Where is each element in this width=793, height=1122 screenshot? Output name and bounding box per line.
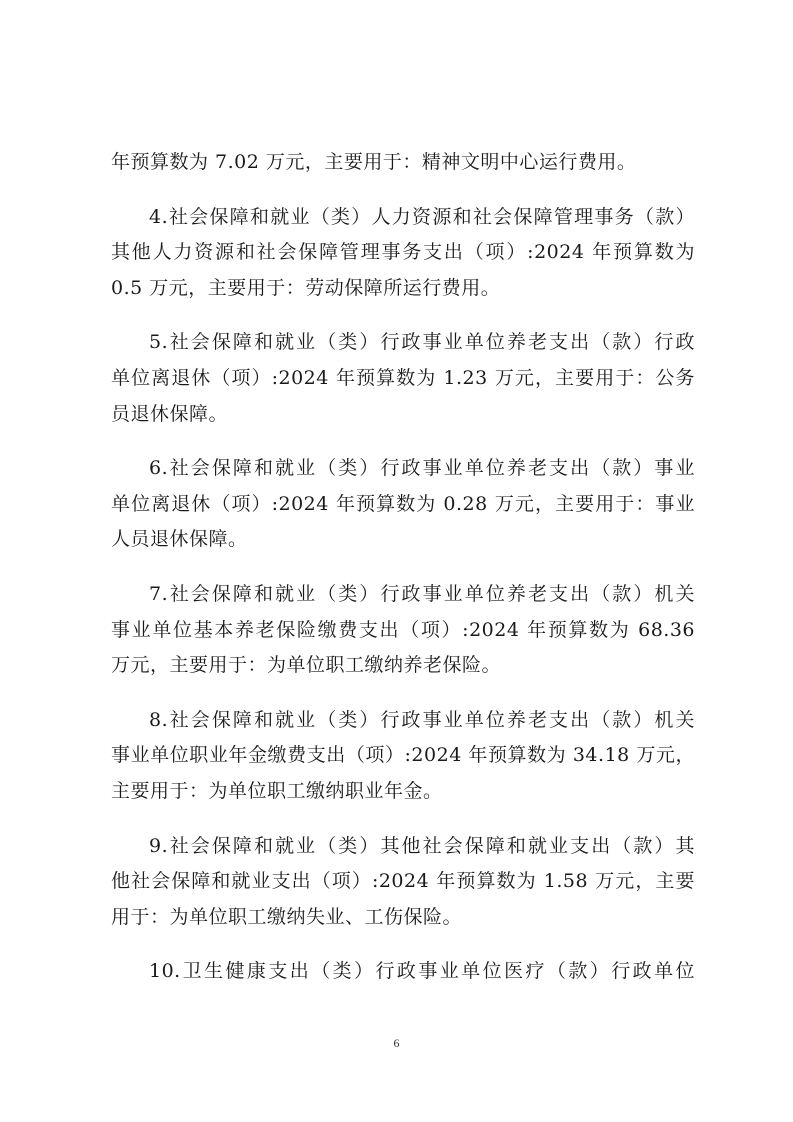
document-page: 年预算数为 7.02 万元，主要用于：精神文明中心运行费用。 4.社会保障和就业…: [0, 0, 793, 1122]
text-line: 9.社会保障和就业（类）其他社会保障和就业支出（款）其: [111, 829, 695, 865]
text-line: 他社会保障和就业支出（项）:2024 年预算数为 1.58 万元，主要: [111, 864, 695, 900]
body-text: 年预算数为 7.02 万元，主要用于：精神文明中心运行费用。 4.社会保障和就业…: [111, 145, 695, 1009]
page-number: 6: [0, 1036, 793, 1051]
text-line: 主要用于：为单位职工缴纳职业年金。: [111, 774, 695, 810]
text-line: 单位离退休（项）:2024 年预算数为 0.28 万元，主要用于：事业: [111, 487, 695, 523]
text-line: 事业单位基本养老保险缴费支出（项）:2024 年预算数为 68.36: [111, 613, 695, 649]
text-line: 10.卫生健康支出（类）行政事业单位医疗（款）行政单位: [111, 954, 695, 990]
text-line: 年预算数为 7.02 万元，主要用于：精神文明中心运行费用。: [111, 145, 695, 181]
text-line: 人员退休保障。: [111, 522, 695, 558]
text-line: 6.社会保障和就业（类）行政事业单位养老支出（款）事业: [111, 451, 695, 487]
paragraph-6: 6.社会保障和就业（类）行政事业单位养老支出（款）事业 单位离退休（项）:202…: [111, 451, 695, 558]
text-line: 事业单位职业年金缴费支出（项）:2024 年预算数为 34.18 万元，: [111, 738, 695, 774]
text-line: 0.5 万元，主要用于：劳动保障所运行费用。: [111, 271, 695, 307]
paragraph-5: 5.社会保障和就业（类）行政事业单位养老支出（款）行政 单位离退休（项）:202…: [111, 325, 695, 432]
text-line: 8.社会保障和就业（类）行政事业单位养老支出（款）机关: [111, 703, 695, 739]
paragraph-9: 9.社会保障和就业（类）其他社会保障和就业支出（款）其 他社会保障和就业支出（项…: [111, 829, 695, 936]
text-line: 其他人力资源和社会保障管理事务支出（项）:2024 年预算数为: [111, 235, 695, 271]
text-line: 员退休保障。: [111, 397, 695, 433]
text-line: 5.社会保障和就业（类）行政事业单位养老支出（款）行政: [111, 325, 695, 361]
paragraph-7: 7.社会保障和就业（类）行政事业单位养老支出（款）机关 事业单位基本养老保险缴费…: [111, 577, 695, 684]
paragraph-8: 8.社会保障和就业（类）行政事业单位养老支出（款）机关 事业单位职业年金缴费支出…: [111, 703, 695, 810]
paragraph-10: 10.卫生健康支出（类）行政事业单位医疗（款）行政单位: [111, 954, 695, 990]
text-line: 7.社会保障和就业（类）行政事业单位养老支出（款）机关: [111, 577, 695, 613]
paragraph-3-continued: 年预算数为 7.02 万元，主要用于：精神文明中心运行费用。: [111, 145, 695, 181]
text-line: 用于：为单位职工缴纳失业、工伤保险。: [111, 900, 695, 936]
text-line: 单位离退休（项）:2024 年预算数为 1.23 万元，主要用于：公务: [111, 361, 695, 397]
paragraph-4: 4.社会保障和就业（类）人力资源和社会保障管理事务（款） 其他人力资源和社会保障…: [111, 200, 695, 307]
text-line: 万元，主要用于：为单位职工缴纳养老保险。: [111, 648, 695, 684]
text-line: 4.社会保障和就业（类）人力资源和社会保障管理事务（款）: [111, 200, 695, 236]
